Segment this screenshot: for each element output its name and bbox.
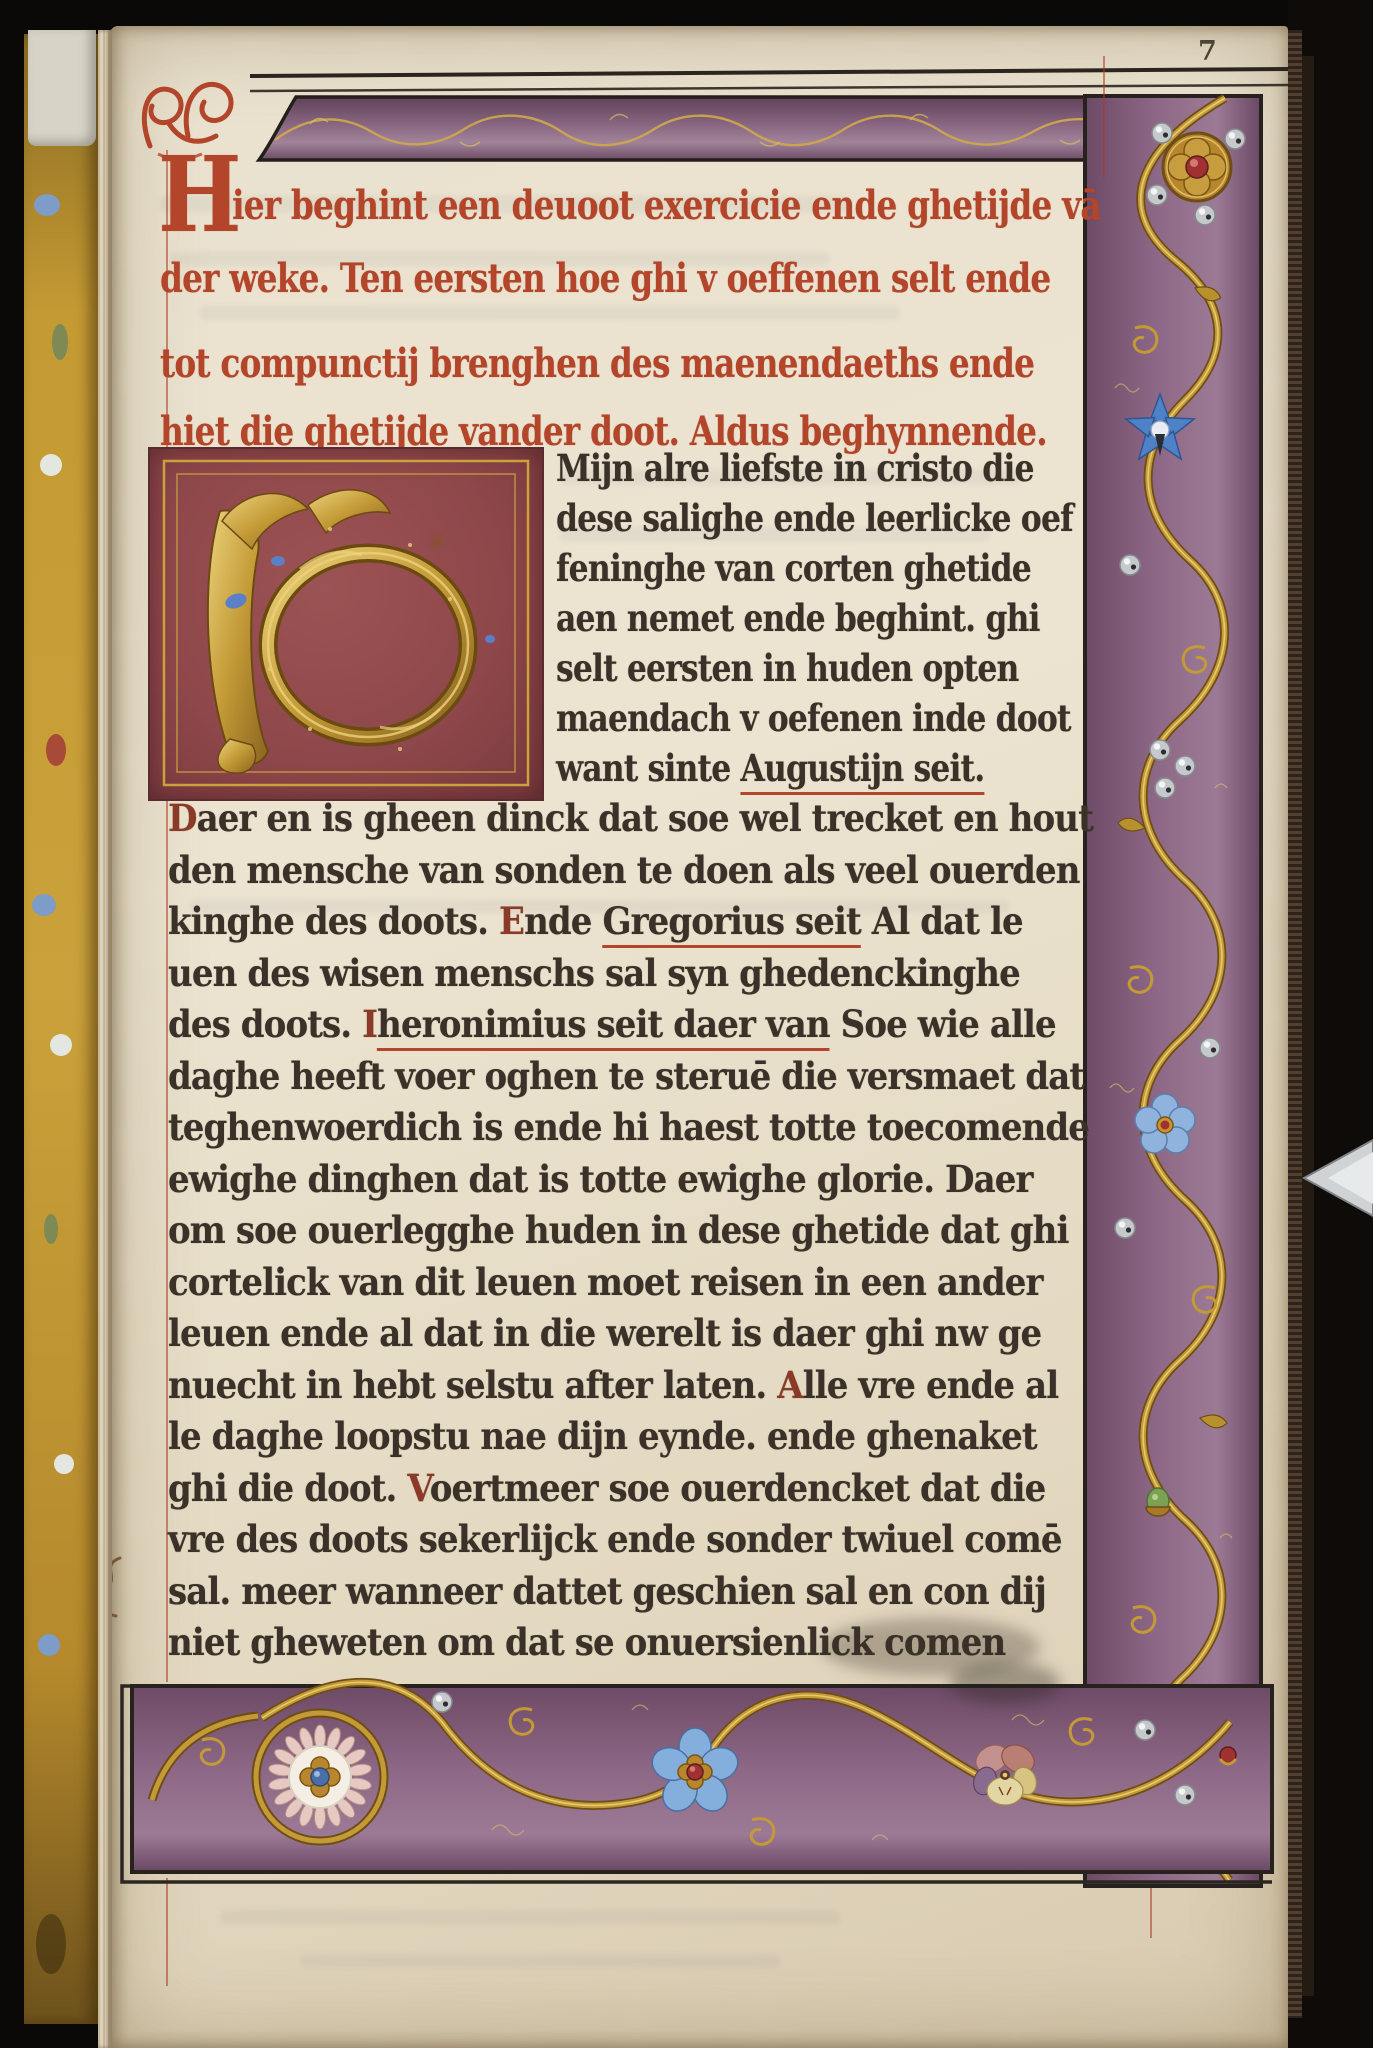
shadow-patch	[36, 1914, 66, 1974]
text-line: ewighe dinghen dat is totte ewighe glori…	[168, 1161, 1033, 1198]
text-line: feninghe van corten ghetide	[556, 550, 1031, 587]
text-segment: Soe wie alle	[830, 1002, 1056, 1046]
manuscript-photo: 7	[0, 0, 1373, 2048]
binding-shadow	[1302, 56, 1314, 1996]
page-block-edge	[1288, 30, 1302, 2018]
text-segment: oertmeer soe ouerdencket dat die	[430, 1466, 1046, 1510]
text-segment: cortelick van dit leuen moet reisen in e…	[168, 1260, 1042, 1304]
underlined-name: heronimius seit daer van	[377, 1002, 830, 1051]
text-line: dese salighe ende leerlicke oef	[556, 500, 1073, 537]
text-segment: nde	[524, 899, 602, 943]
underlined-name: Augustijn seit.	[740, 746, 984, 795]
text-segment: ghi die doot.	[168, 1466, 407, 1510]
text-line: nuecht in hebt selstu after laten. Alle …	[168, 1367, 1058, 1404]
text-segment: kinghe des doots.	[168, 899, 499, 943]
text-segment: daghe heeft voer oghen te steruē die ver…	[168, 1054, 1084, 1098]
white-flower-fragment	[54, 1454, 74, 1474]
ruling-line-right	[1103, 56, 1105, 178]
text-line: teghenwoerdich is ende hi haest totte to…	[168, 1109, 1089, 1146]
text-segment: sal. meer wanneer dattet geschien sal en…	[168, 1569, 1046, 1613]
showthrough	[200, 306, 900, 320]
text-line: ghi die doot. Voertmeer soe ouerdencket …	[168, 1470, 1045, 1507]
text-line: leuen ende al dat in die werelt is daer …	[168, 1315, 1041, 1352]
showthrough	[300, 1955, 780, 1967]
rubric-line: ier beghint een deuoot exercicie ende gh…	[160, 186, 1101, 226]
text-line: want sinte Augustijn seit.	[556, 750, 984, 787]
text-segment: des doots.	[168, 1002, 362, 1046]
stain	[430, 536, 444, 548]
text-segment: der weke. Ten eersten hoe ghi v oeffenen…	[160, 255, 1050, 302]
text-line: Mijn alre liefste in cristo die	[556, 450, 1034, 487]
text-line: vre des doots sekerlijck ende sonder twi…	[168, 1521, 1062, 1558]
text-segment: den mensche van sonden te doen als veel …	[168, 848, 1080, 892]
blue-flower-fragment	[32, 894, 56, 916]
text-line: den mensche van sonden te doen als veel …	[168, 852, 1080, 889]
text-line: le daghe loopstu nae dijn eynde. ende gh…	[168, 1418, 1037, 1455]
rubricated-letter: A	[777, 1363, 803, 1407]
text-segment: selt eersten in huden opten	[556, 646, 1019, 690]
text-line: maendach v oefenen inde doot	[556, 700, 1071, 737]
stain	[950, 1662, 1060, 1704]
text-segment: ewighe dinghen dat is totte ewighe glori…	[168, 1157, 1033, 1201]
text-segment: ier beghint een deuoot exercicie ende gh…	[232, 182, 1101, 229]
rubricated-letter: I	[362, 1002, 377, 1046]
text-segment: om soe ouerlegghe huden in dese ghetide …	[168, 1208, 1069, 1252]
flower-bud	[1220, 1747, 1236, 1764]
text-line: om soe ouerlegghe huden in dese ghetide …	[168, 1212, 1069, 1249]
page-stack-edge	[98, 30, 112, 2048]
text-line: Daer en is gheen dinck dat soe wel treck…	[168, 800, 1093, 837]
red-flower-fragment	[46, 734, 66, 766]
bottom-border-ornament	[112, 1650, 1282, 1900]
text-segment: nuecht in hebt selstu after laten.	[168, 1363, 777, 1407]
text-line: cortelick van dit leuen moet reisen in e…	[168, 1264, 1042, 1301]
illuminated-initial-panel	[148, 447, 544, 801]
text-segment: Mijn alre liefste in cristo die	[556, 446, 1034, 490]
text-segment: uen des wisen menschs sal syn ghedenckin…	[168, 951, 1020, 995]
underlined-name: Gregorius seit	[602, 899, 860, 948]
rubricated-letter: E	[499, 899, 524, 943]
text-segment: feninghe van corten ghetide	[556, 546, 1031, 590]
text-line: sal. meer wanneer dattet geschien sal en…	[168, 1573, 1046, 1610]
text-line: daghe heeft voer oghen te steruē die ver…	[168, 1058, 1084, 1095]
rubricated-letter: V	[407, 1466, 429, 1510]
text-segment: vre des doots sekerlijck ende sonder twi…	[168, 1517, 1062, 1561]
text-segment: lle vre ende al	[803, 1363, 1059, 1407]
text-segment: aen nemet ende beghint. ghi	[556, 596, 1040, 640]
text-segment: Al dat le	[861, 899, 1023, 943]
text-line: des doots. Iheronimius seit daer van Soe…	[168, 1006, 1056, 1043]
folio-number: 7	[1198, 36, 1217, 67]
blue-flower-fragment	[34, 194, 60, 216]
text-segment: want sinte	[556, 746, 740, 790]
text-line: uen des wisen menschs sal syn ghedenckin…	[168, 955, 1020, 992]
leaf-fragment	[44, 1214, 58, 1244]
text-segment: dese salighe ende leerlicke oef	[556, 496, 1073, 540]
text-line: kinghe des doots. Ende Gregorius seit Al…	[168, 903, 1023, 940]
text-line: selt eersten in huden opten	[556, 650, 1019, 687]
white-flower-fragment	[40, 454, 62, 476]
facing-page-corner	[28, 30, 96, 146]
book-edge	[1288, 0, 1373, 2048]
rubric-line: tot compunctij brenghen des maenendaeths…	[160, 344, 1034, 384]
right-border-ornament	[1075, 88, 1275, 1892]
text-line: aen nemet ende beghint. ghi	[556, 600, 1040, 637]
showthrough	[220, 1910, 840, 1924]
text-segment: tot compunctij brenghen des maenendaeths…	[160, 340, 1034, 387]
text-segment: leuen ende al dat in die werelt is daer …	[168, 1311, 1041, 1355]
text-segment: aer en is gheen dinck dat soe wel trecke…	[197, 796, 1093, 840]
text-segment: le daghe loopstu nae dijn eynde. ende gh…	[168, 1414, 1037, 1458]
facing-page-illuminated-edge	[24, 34, 98, 2024]
blue-flower-fragment	[38, 1634, 60, 1656]
leaf-fragment	[52, 324, 68, 360]
clasp-icon	[1294, 1130, 1373, 1226]
rubricated-letter: D	[168, 796, 197, 840]
rubric-line: der weke. Ten eersten hoe ghi v oeffenen…	[160, 259, 1050, 299]
text-segment: teghenwoerdich is ende hi haest totte to…	[168, 1105, 1089, 1149]
illuminated-initial	[150, 449, 542, 799]
white-flower-fragment	[50, 1034, 72, 1056]
text-segment: maendach v oefenen inde doot	[556, 696, 1071, 740]
acorn	[1146, 1488, 1170, 1516]
